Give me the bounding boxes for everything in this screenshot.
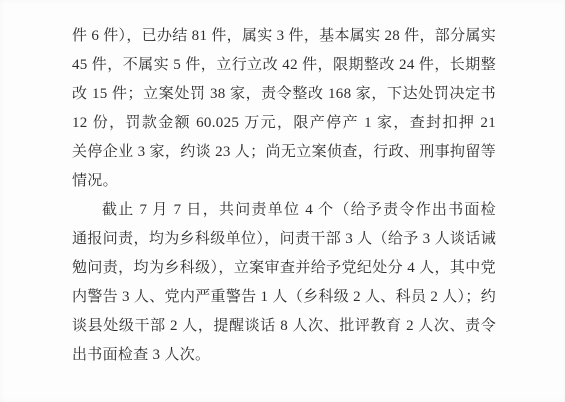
document-text: 件 6 件），已办结 81 件，属实 3 件，基本属实 28 件，部分属实 45… [72, 22, 496, 370]
text-line: 出书面检查 3 人次。 [72, 341, 496, 370]
text-line: 截止 7 月 7 日，共问责单位 4 个（给予责令作出书面检查、 [72, 196, 496, 225]
document-page: 件 6 件），已办结 81 件，属实 3 件，基本属实 28 件，部分属实 45… [0, 0, 565, 402]
text-line: 情况。 [72, 167, 496, 196]
text-line: 12 份，罚款金额 60.025 万元，限产停产 1 家，查封扣押 21 家； [72, 109, 496, 138]
paragraph-2: 截止 7 月 7 日，共问责单位 4 个（给予责令作出书面检查、 通报问责，均为… [72, 196, 496, 370]
text-line: 件 6 件），已办结 81 件，属实 3 件，基本属实 28 件，部分属实 [72, 22, 496, 51]
text-line: 45 件，不属实 5 件，立行立改 42 件，限期整改 24 件，长期整 [72, 51, 496, 80]
text-line: 谈县处级干部 2 人，提醒谈话 8 人次、批评教育 2 人次、责令作 [72, 312, 496, 341]
text-line: 关停企业 3 家，约谈 23 人；尚无立案侦查，行政、刑事拘留等 [72, 138, 496, 167]
text-line: 内警告 3 人、党内严重警告 1 人（乡科级 2 人、科员 2 人）；约 [72, 283, 496, 312]
text-line: 勉问责，均为乡科级），立案审查并给予党纪处分 4 人，其中党 [72, 254, 496, 283]
text-line: 改 15 件；立案处罚 38 家，责令整改 168 家，下达处罚决定书 [72, 80, 496, 109]
paragraph-1: 件 6 件），已办结 81 件，属实 3 件，基本属实 28 件，部分属实 45… [72, 22, 496, 196]
text-line: 通报问责，均为乡科级单位），问责干部 3 人（给予 3 人谈话诫 [72, 225, 496, 254]
